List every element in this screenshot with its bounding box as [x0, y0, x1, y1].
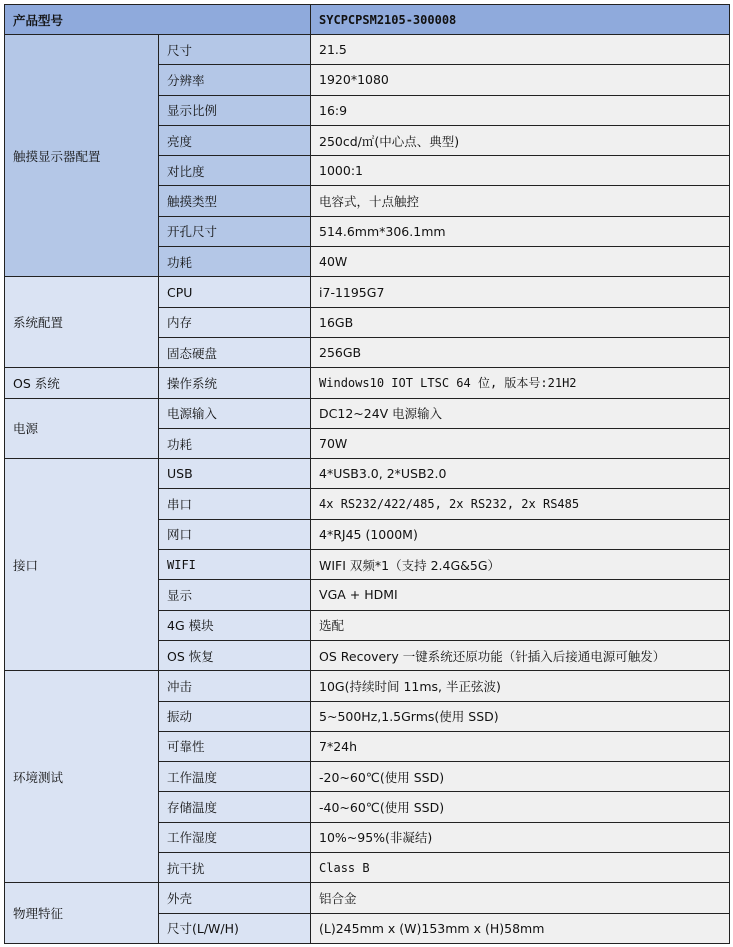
row-value: 选配: [311, 610, 730, 640]
row-key: USB: [159, 459, 311, 489]
table-row: 环境测试 冲击 10G(持续时间 11ms, 半正弦波): [5, 671, 730, 701]
row-value: 7*24h: [311, 731, 730, 761]
row-key: 可靠性: [159, 731, 311, 761]
row-key: 分辨率: [159, 65, 311, 95]
row-value: OS Recovery 一键系统还原功能（针插入后接通电源可触发）: [311, 640, 730, 670]
section-label: OS 系统: [5, 368, 159, 398]
row-key: 尺寸: [159, 35, 311, 65]
row-key: 功耗: [159, 428, 311, 458]
row-value: 电容式，十点触控: [311, 186, 730, 216]
row-key: CPU: [159, 277, 311, 307]
row-value: 514.6mm*306.1mm: [311, 216, 730, 246]
header-value: SYCPCPSM2105-300008: [311, 5, 730, 35]
table-row: 电源 电源输入 DC12~24V 电源输入: [5, 398, 730, 428]
row-value: 21.5: [311, 35, 730, 65]
section-label: 触摸显示器配置: [5, 35, 159, 277]
section-label: 环境测试: [5, 671, 159, 883]
row-key: 开孔尺寸: [159, 216, 311, 246]
row-key: 显示比例: [159, 95, 311, 125]
row-value: 16GB: [311, 307, 730, 337]
row-value: Windows10 IOT LTSC 64 位, 版本号:21H2: [311, 368, 730, 398]
row-value: 5~500Hz,1.5Grms(使用 SSD): [311, 701, 730, 731]
section-label: 接口: [5, 459, 159, 671]
section-label: 系统配置: [5, 277, 159, 368]
row-key: 触摸类型: [159, 186, 311, 216]
row-value: i7-1195G7: [311, 277, 730, 307]
row-value: 1920*1080: [311, 65, 730, 95]
row-value: 10G(持续时间 11ms, 半正弦波): [311, 671, 730, 701]
row-value: 1000:1: [311, 156, 730, 186]
table-row: 触摸显示器配置 尺寸 21.5: [5, 35, 730, 65]
row-key: 尺寸(L/W/H): [159, 913, 311, 943]
row-key: 内存: [159, 307, 311, 337]
row-value: 256GB: [311, 337, 730, 367]
table-row: 系统配置 CPU i7-1195G7: [5, 277, 730, 307]
header-row: 产品型号 SYCPCPSM2105-300008: [5, 5, 730, 35]
row-value: -20~60℃(使用 SSD): [311, 762, 730, 792]
table-row: OS 系统 操作系统 Windows10 IOT LTSC 64 位, 版本号:…: [5, 368, 730, 398]
row-key: 对比度: [159, 156, 311, 186]
row-value: 4*RJ45 (1000M): [311, 519, 730, 549]
row-key: 冲击: [159, 671, 311, 701]
row-key: 外壳: [159, 883, 311, 913]
row-key: 电源输入: [159, 398, 311, 428]
row-key: OS 恢复: [159, 640, 311, 670]
header-label: 产品型号: [5, 5, 311, 35]
row-value: 10%~95%(非凝结): [311, 822, 730, 852]
row-value: (L)245mm x (W)153mm x (H)58mm: [311, 913, 730, 943]
row-key: 亮度: [159, 125, 311, 155]
row-key: 工作温度: [159, 762, 311, 792]
row-value: 4*USB3.0, 2*USB2.0: [311, 459, 730, 489]
row-value: 70W: [311, 428, 730, 458]
row-key: 固态硬盘: [159, 337, 311, 367]
row-value: DC12~24V 电源输入: [311, 398, 730, 428]
row-key: 存储温度: [159, 792, 311, 822]
row-value: 16:9: [311, 95, 730, 125]
row-value: 250cd/㎡(中心点、典型): [311, 125, 730, 155]
row-key: 操作系统: [159, 368, 311, 398]
row-value: 40W: [311, 247, 730, 277]
row-key: 抗干扰: [159, 853, 311, 883]
row-key: 串口: [159, 489, 311, 519]
spec-table: 产品型号 SYCPCPSM2105-300008 触摸显示器配置 尺寸 21.5…: [4, 4, 730, 944]
row-key: 功耗: [159, 247, 311, 277]
table-row: 接口 USB 4*USB3.0, 2*USB2.0: [5, 459, 730, 489]
row-value: WIFI 双频*1（支持 2.4G&5G）: [311, 550, 730, 580]
row-value: 铝合金: [311, 883, 730, 913]
row-value: 4x RS232/422/485, 2x RS232, 2x RS485: [311, 489, 730, 519]
row-key: 振动: [159, 701, 311, 731]
row-key: 网口: [159, 519, 311, 549]
row-value: VGA + HDMI: [311, 580, 730, 610]
row-key: 4G 模块: [159, 610, 311, 640]
section-label: 物理特征: [5, 883, 159, 944]
table-row: 物理特征 外壳 铝合金: [5, 883, 730, 913]
row-key: WIFI: [159, 550, 311, 580]
section-label: 电源: [5, 398, 159, 459]
row-key: 显示: [159, 580, 311, 610]
row-value: -40~60℃(使用 SSD): [311, 792, 730, 822]
row-value: Class B: [311, 853, 730, 883]
row-key: 工作湿度: [159, 822, 311, 852]
